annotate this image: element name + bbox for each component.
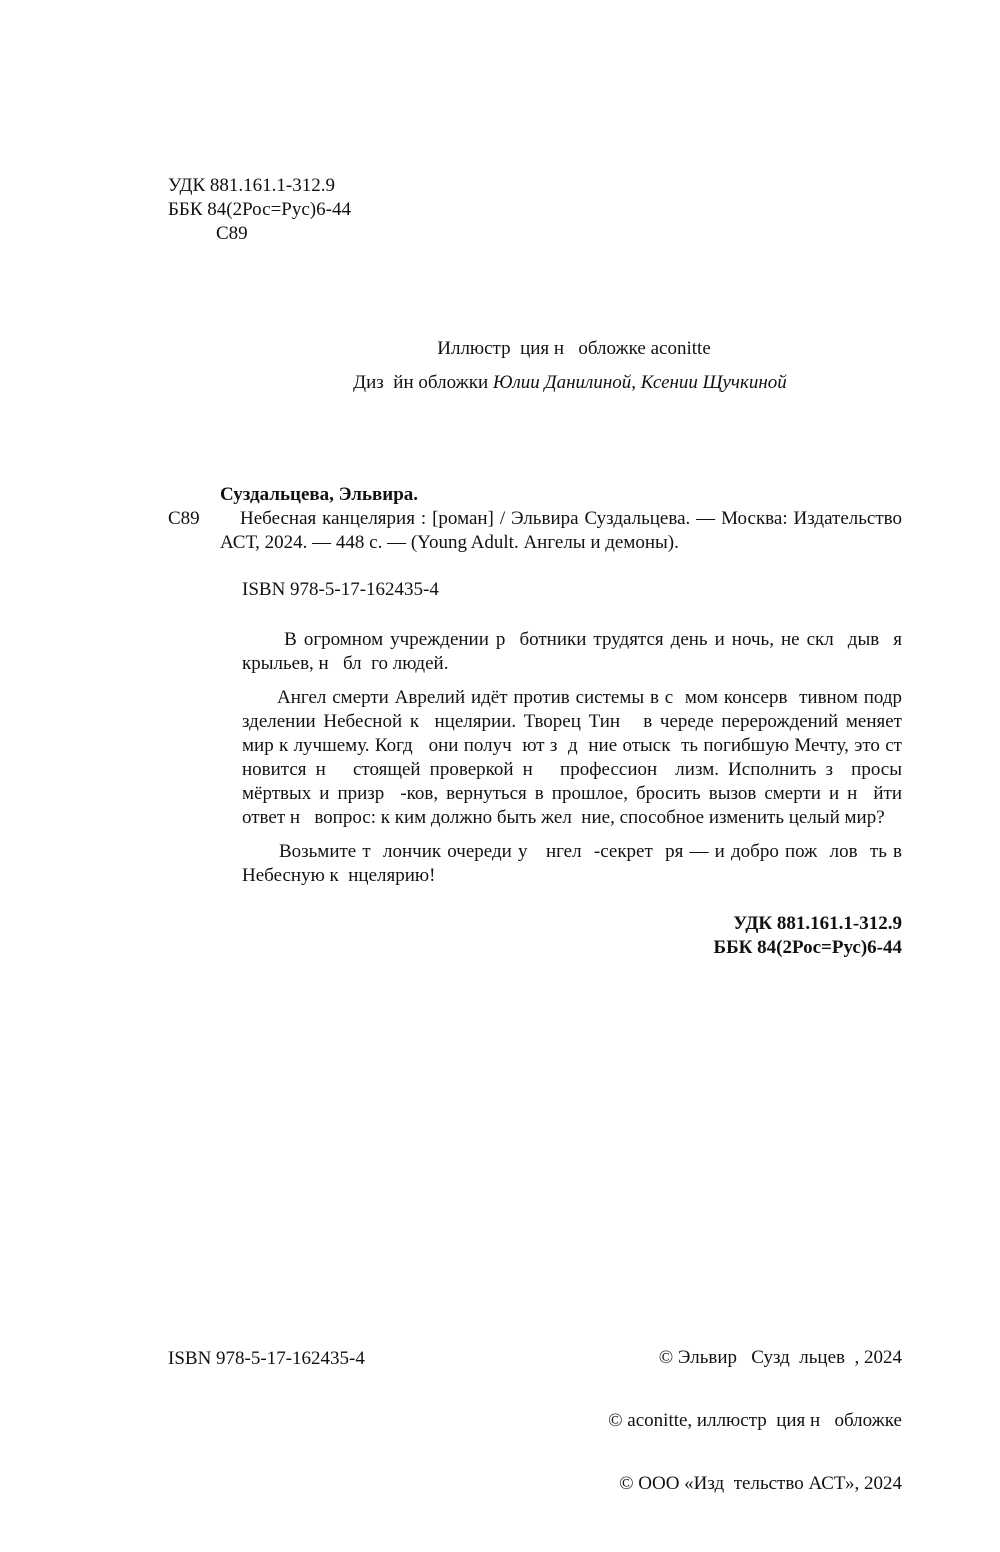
udk-code-bottom: УДК 881.161.1-312.9	[714, 912, 902, 936]
footer-isbn: ISBN 978-5-17-162435-4	[168, 1348, 365, 1370]
author-sign: С89	[168, 222, 351, 246]
record-author: Суздальцева, Эльвира.	[168, 483, 902, 507]
bbk-code-bottom: ББК 84(2Рос=Рус)6-44	[714, 936, 902, 960]
annotation-paragraph: Ангел смерти Аврелий идёт против системы…	[242, 686, 902, 830]
copyright-author: © Эльвир Сузд льцев , 2024	[608, 1347, 902, 1368]
bbk-code: ББК 84(2Рос=Рус)6-44	[168, 198, 351, 222]
design-credit: Диз йн обложки Юлии Данилиной, Ксении Щу…	[0, 366, 1000, 400]
record-code: С89	[168, 507, 200, 531]
copyright-publisher: © ООО «Изд тельство АСТ», 2024	[608, 1473, 902, 1494]
annotation-paragraph: В огромном учреждении р ботники трудятся…	[242, 628, 902, 676]
illustration-credit: Иллюстр ция н обложке aconitte	[0, 332, 1000, 366]
annotation-paragraph: Возьмите т лончик очереди у нгел -секрет…	[242, 840, 902, 888]
annotation: В огромном учреждении р ботники трудятся…	[242, 628, 902, 898]
record-isbn: ISBN 978-5-17-162435-4	[242, 579, 439, 601]
copyright-block: © Эльвир Сузд льцев , 2024 © aconitte, и…	[608, 1305, 902, 1515]
record-entry: Небесная канцелярия : [роман] / Эльвира …	[168, 507, 902, 555]
classification-bottom: УДК 881.161.1-312.9 ББК 84(2Рос=Рус)6-44	[714, 912, 902, 960]
design-credit-label: Диз йн обложки	[353, 372, 493, 393]
udk-code: УДК 881.161.1-312.9	[168, 174, 351, 198]
credits: Иллюстр ция н обложке aconitte Диз йн об…	[0, 332, 1000, 400]
bibliographic-record: Суздальцева, Эльвира. С89 Небесная канце…	[168, 483, 902, 555]
design-credit-names: Юлии Данилиной, Ксении Щучкиной	[493, 372, 787, 393]
copyright-illustration: © aconitte, иллюстр ция н обложке	[608, 1410, 902, 1431]
classification-top: УДК 881.161.1-312.9 ББК 84(2Рос=Рус)6-44…	[168, 174, 351, 246]
